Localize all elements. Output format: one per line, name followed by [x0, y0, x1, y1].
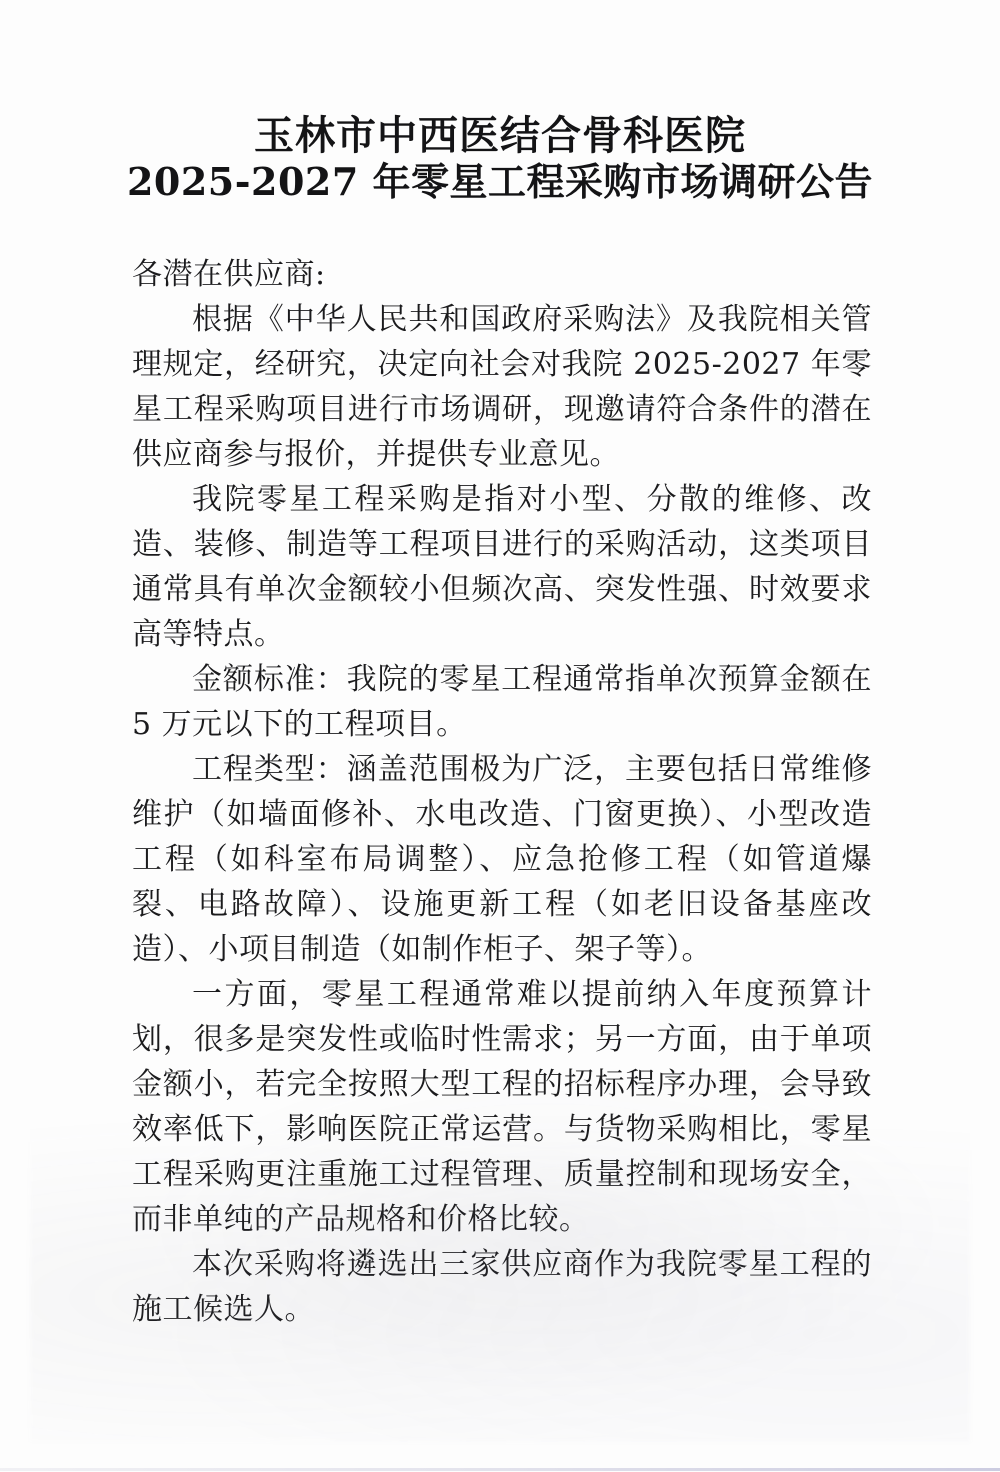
paragraph-rationale: 一方面，零星工程通常难以提前纳入年度预算计划，很多是突发性或临时性需求；另一方面… — [132, 972, 872, 1242]
paragraph-project-types: 工程类型：涵盖范围极为广泛，主要包括日常维修维护（如墙面修补、水电改造、门窗更换… — [132, 747, 872, 972]
scan-edge-artifact — [0, 1468, 1000, 1471]
salutation: 各潜在供应商: — [132, 252, 872, 297]
paragraph-selection: 本次采购将遴选出三家供应商作为我院零星工程的施工候选人。 — [132, 1242, 872, 1332]
paragraph-amount-standard: 金额标准：我院的零星工程通常指单次预算金额在 5 万元以下的工程项目。 — [132, 657, 872, 747]
document-body: 各潜在供应商: 根据《中华人民共和国政府采购法》及我院相关管理规定，经研究，决定… — [132, 252, 872, 1332]
paragraph-definition: 我院零星工程采购是指对小型、分散的维修、改造、装修、制造等工程项目进行的采购活动… — [132, 477, 872, 657]
title-line-2: 2025-2027 年零星工程采购市场调研公告 — [0, 159, 1000, 205]
document-title: 玉林市中西医结合骨科医院 2025-2027 年零星工程采购市场调研公告 — [0, 0, 1000, 206]
paragraph-basis: 根据《中华人民共和国政府采购法》及我院相关管理规定，经研究，决定向社会对我院 2… — [132, 297, 872, 477]
document-page: 玉林市中西医结合骨科医院 2025-2027 年零星工程采购市场调研公告 各潜在… — [0, 0, 1000, 1472]
title-line-1: 玉林市中西医结合骨科医院 — [0, 112, 1000, 159]
